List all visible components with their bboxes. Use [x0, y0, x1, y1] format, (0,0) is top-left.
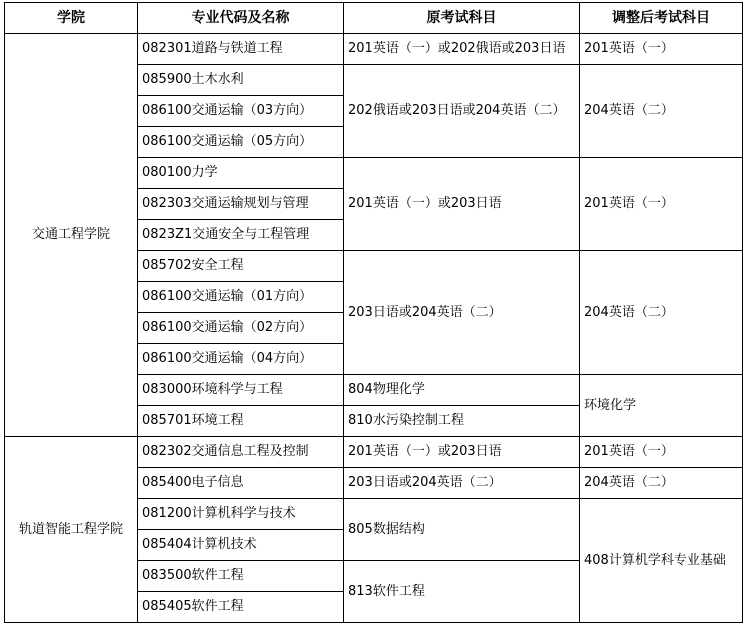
adjusted-subject-cell: 201英语（一）: [580, 34, 743, 65]
original-subject-cell: 804物理化学: [344, 375, 580, 406]
table-row: 交通工程学院 082301道路与铁道工程 201英语（一）或202俄语或203日…: [5, 34, 743, 65]
adjusted-subject-cell: 408计算机学科专业基础: [580, 499, 743, 623]
major-cell: 082301道路与铁道工程: [138, 34, 344, 65]
major-cell: 085900土木水利: [138, 65, 344, 96]
adjusted-subject-cell: 201英语（一）: [580, 437, 743, 468]
major-cell: 082302交通信息工程及控制: [138, 437, 344, 468]
original-subject-cell: 805数据结构: [344, 499, 580, 561]
original-subject-cell: 810水污染控制工程: [344, 406, 580, 437]
major-cell: 086100交通运输（01方向）: [138, 282, 344, 313]
major-cell: 082303交通运输规划与管理: [138, 189, 344, 220]
major-cell: 086100交通运输（03方向）: [138, 96, 344, 127]
major-cell: 081200计算机科学与技术: [138, 499, 344, 530]
college-name: 交通工程学院: [5, 34, 138, 437]
major-cell: 085701环境工程: [138, 406, 344, 437]
adjusted-subject-cell: 204英语（二）: [580, 65, 743, 158]
header-row: 学院 专业代码及名称 原考试科目 调整后考试科目: [5, 3, 743, 34]
major-cell: 083000环境科学与工程: [138, 375, 344, 406]
major-cell: 085405软件工程: [138, 592, 344, 623]
original-subject-cell: 201英语（一）或203日语: [344, 158, 580, 251]
major-cell: 086100交通运输（02方向）: [138, 313, 344, 344]
original-subject-cell: 813软件工程: [344, 561, 580, 623]
original-subject-cell: 203日语或204英语（二）: [344, 468, 580, 499]
major-cell: 086100交通运输（05方向）: [138, 127, 344, 158]
table-row: 轨道智能工程学院 082302交通信息工程及控制 201英语（一）或203日语 …: [5, 437, 743, 468]
major-cell: 080100力学: [138, 158, 344, 189]
major-cell: 083500软件工程: [138, 561, 344, 592]
original-subject-cell: 201英语（一）或203日语: [344, 437, 580, 468]
exam-subject-adjustment-table: 学院 专业代码及名称 原考试科目 调整后考试科目 交通工程学院 082301道路…: [4, 2, 743, 623]
original-subject-cell: 202俄语或203日语或204英语（二）: [344, 65, 580, 158]
original-subject-cell: 203日语或204英语（二）: [344, 251, 580, 375]
major-cell: 0823Z1交通安全与工程管理: [138, 220, 344, 251]
adjusted-subject-cell: 201英语（一）: [580, 158, 743, 251]
college-name: 轨道智能工程学院: [5, 437, 138, 623]
header-college: 学院: [5, 3, 138, 34]
header-original-subject: 原考试科目: [344, 3, 580, 34]
adjusted-subject-cell: 环境化学: [580, 375, 743, 437]
major-cell: 085404计算机技术: [138, 530, 344, 561]
header-adjusted-subject: 调整后考试科目: [580, 3, 743, 34]
original-subject-cell: 201英语（一）或202俄语或203日语: [344, 34, 580, 65]
header-major: 专业代码及名称: [138, 3, 344, 34]
adjusted-subject-cell: 204英语（二）: [580, 251, 743, 375]
adjusted-subject-cell: 204英语（二）: [580, 468, 743, 499]
major-cell: 085702安全工程: [138, 251, 344, 282]
major-cell: 085400电子信息: [138, 468, 344, 499]
major-cell: 086100交通运输（04方向）: [138, 344, 344, 375]
